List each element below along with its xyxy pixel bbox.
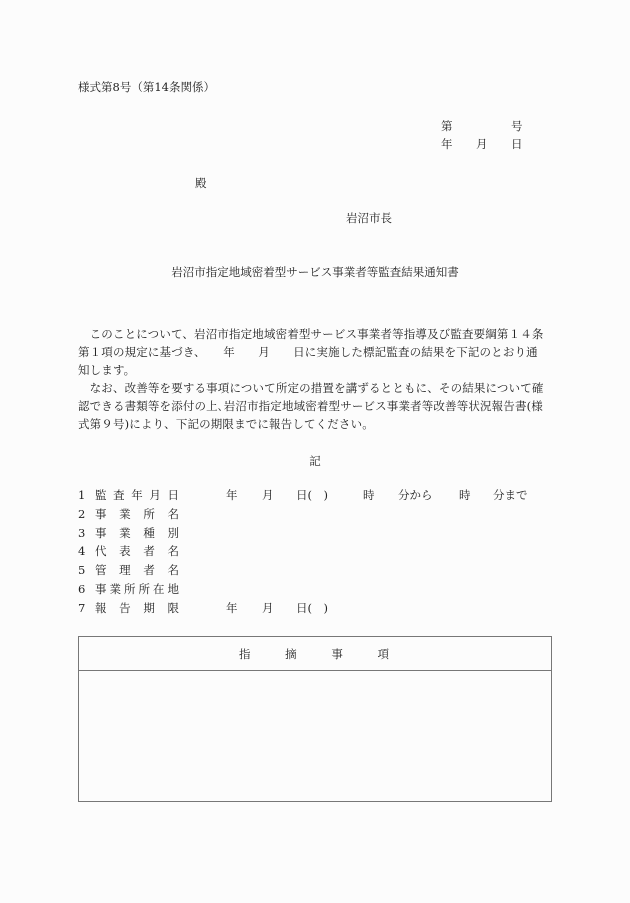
value-month: 月 bbox=[262, 603, 274, 615]
paragraph-2: なお、改善等を要する事項について所定の措置を講ずるとともに、その結果について確 … bbox=[78, 379, 550, 433]
label-char: 期 bbox=[143, 603, 155, 615]
body-text: このことについて、岩沼市指定地域密着型サービス事業者等指導及び監査要綱第１４条 … bbox=[78, 325, 550, 433]
paragraph-line: このことについて、岩沼市指定地域密着型サービス事業者等指導及び監査要綱第１４条 bbox=[78, 325, 550, 343]
number-prefix: 第 bbox=[441, 121, 453, 133]
findings-table-header: 指 摘 事 項 bbox=[79, 637, 551, 671]
label-char: 告 bbox=[119, 603, 131, 615]
paragraph-line: 第１項の規定に基づき、 年 月 日に実施した標記監査の結果を下記のとおり通 bbox=[78, 343, 550, 361]
item-number: 5 bbox=[78, 565, 85, 577]
value-minute-to: 分まで bbox=[493, 490, 528, 502]
item-label: 管 理 者 名 bbox=[95, 565, 179, 577]
label-char: 種 bbox=[143, 528, 155, 540]
date-year: 年 bbox=[441, 139, 453, 151]
header-char: 指 bbox=[239, 649, 251, 661]
item-label: 事 業 種 別 bbox=[95, 528, 179, 540]
label-char: 月 bbox=[149, 490, 161, 502]
label-char: 所 bbox=[143, 509, 155, 521]
label-char: 監 bbox=[95, 490, 107, 502]
value-hour-to: 時 bbox=[459, 490, 471, 502]
item-number: 3 bbox=[78, 528, 85, 540]
findings-header-label: 指 摘 事 項 bbox=[239, 649, 389, 661]
label-char: 業 bbox=[110, 584, 122, 596]
addressee-suffix: 殿 bbox=[195, 178, 207, 190]
number-suffix: 号 bbox=[511, 121, 523, 133]
item-label: 事 業 所 所 在 地 bbox=[95, 584, 179, 596]
label-char: 事 bbox=[95, 528, 107, 540]
label-char: 年 bbox=[131, 490, 143, 502]
item-number: 7 bbox=[78, 603, 85, 615]
findings-table-body bbox=[79, 671, 551, 801]
label-char: 限 bbox=[167, 603, 179, 615]
header-char: 摘 bbox=[285, 649, 297, 661]
label-char: 名 bbox=[167, 546, 179, 558]
findings-table: 指 摘 事 項 bbox=[78, 636, 552, 802]
item-number: 2 bbox=[78, 509, 85, 521]
label-char: 名 bbox=[167, 565, 179, 577]
label-char: 表 bbox=[119, 546, 131, 558]
label-char: 代 bbox=[95, 546, 107, 558]
paragraph-1: このことについて、岩沼市指定地域密着型サービス事業者等指導及び監査要綱第１４条 … bbox=[78, 325, 550, 379]
item-number: 6 bbox=[78, 584, 85, 596]
form-label: 様式第8号（第14条関係） bbox=[78, 82, 215, 94]
label-char: 者 bbox=[143, 565, 155, 577]
item-number: 1 bbox=[78, 490, 85, 502]
header-char: 事 bbox=[331, 649, 343, 661]
paragraph-line: 式第９号)により、下記の期限までに報告してください。 bbox=[78, 415, 550, 433]
paragraph-line: 認できる書類等を添付の上､岩沼市指定地域密着型サービス事業者等改善等状況報告書(… bbox=[78, 397, 550, 415]
header-char: 項 bbox=[377, 649, 389, 661]
date-month: 月 bbox=[476, 139, 488, 151]
label-char: 査 bbox=[113, 490, 125, 502]
item-label: 報 告 期 限 bbox=[95, 603, 179, 615]
ki-heading: 記 bbox=[0, 456, 630, 468]
date-day: 日 bbox=[511, 139, 523, 151]
item-label: 監 査 年 月 日 bbox=[95, 490, 179, 502]
label-char: 名 bbox=[167, 509, 179, 521]
paragraph-line: なお、改善等を要する事項について所定の措置を講ずるとともに、その結果について確 bbox=[78, 379, 550, 397]
item-number: 4 bbox=[78, 546, 85, 558]
value-day: 日( ) bbox=[296, 490, 328, 502]
label-char: 報 bbox=[95, 603, 107, 615]
label-char: 者 bbox=[143, 546, 155, 558]
label-char: 事 bbox=[95, 509, 107, 521]
value-hour-from: 時 bbox=[363, 490, 375, 502]
value-minute-from: 分から bbox=[398, 490, 433, 502]
label-char: 業 bbox=[119, 509, 131, 521]
label-char: 地 bbox=[168, 584, 180, 596]
label-char: 日 bbox=[168, 490, 180, 502]
document-title: 岩沼市指定地域密着型サービス事業者等監査結果通知書 bbox=[0, 267, 630, 279]
value-month: 月 bbox=[262, 490, 274, 502]
label-char: 所 bbox=[139, 584, 151, 596]
label-char: 理 bbox=[119, 565, 131, 577]
label-char: 所 bbox=[124, 584, 136, 596]
value-day: 日( ) bbox=[296, 603, 328, 615]
label-char: 別 bbox=[167, 528, 179, 540]
value-year: 年 bbox=[226, 490, 238, 502]
item-label: 事 業 所 名 bbox=[95, 509, 179, 521]
sender: 岩沼市長 bbox=[346, 213, 392, 225]
label-char: 業 bbox=[119, 528, 131, 540]
paragraph-line: 知します。 bbox=[78, 361, 550, 379]
value-year: 年 bbox=[226, 603, 238, 615]
label-char: 管 bbox=[95, 565, 107, 577]
label-char: 在 bbox=[153, 584, 165, 596]
item-label: 代 表 者 名 bbox=[95, 546, 179, 558]
label-char: 事 bbox=[95, 584, 107, 596]
